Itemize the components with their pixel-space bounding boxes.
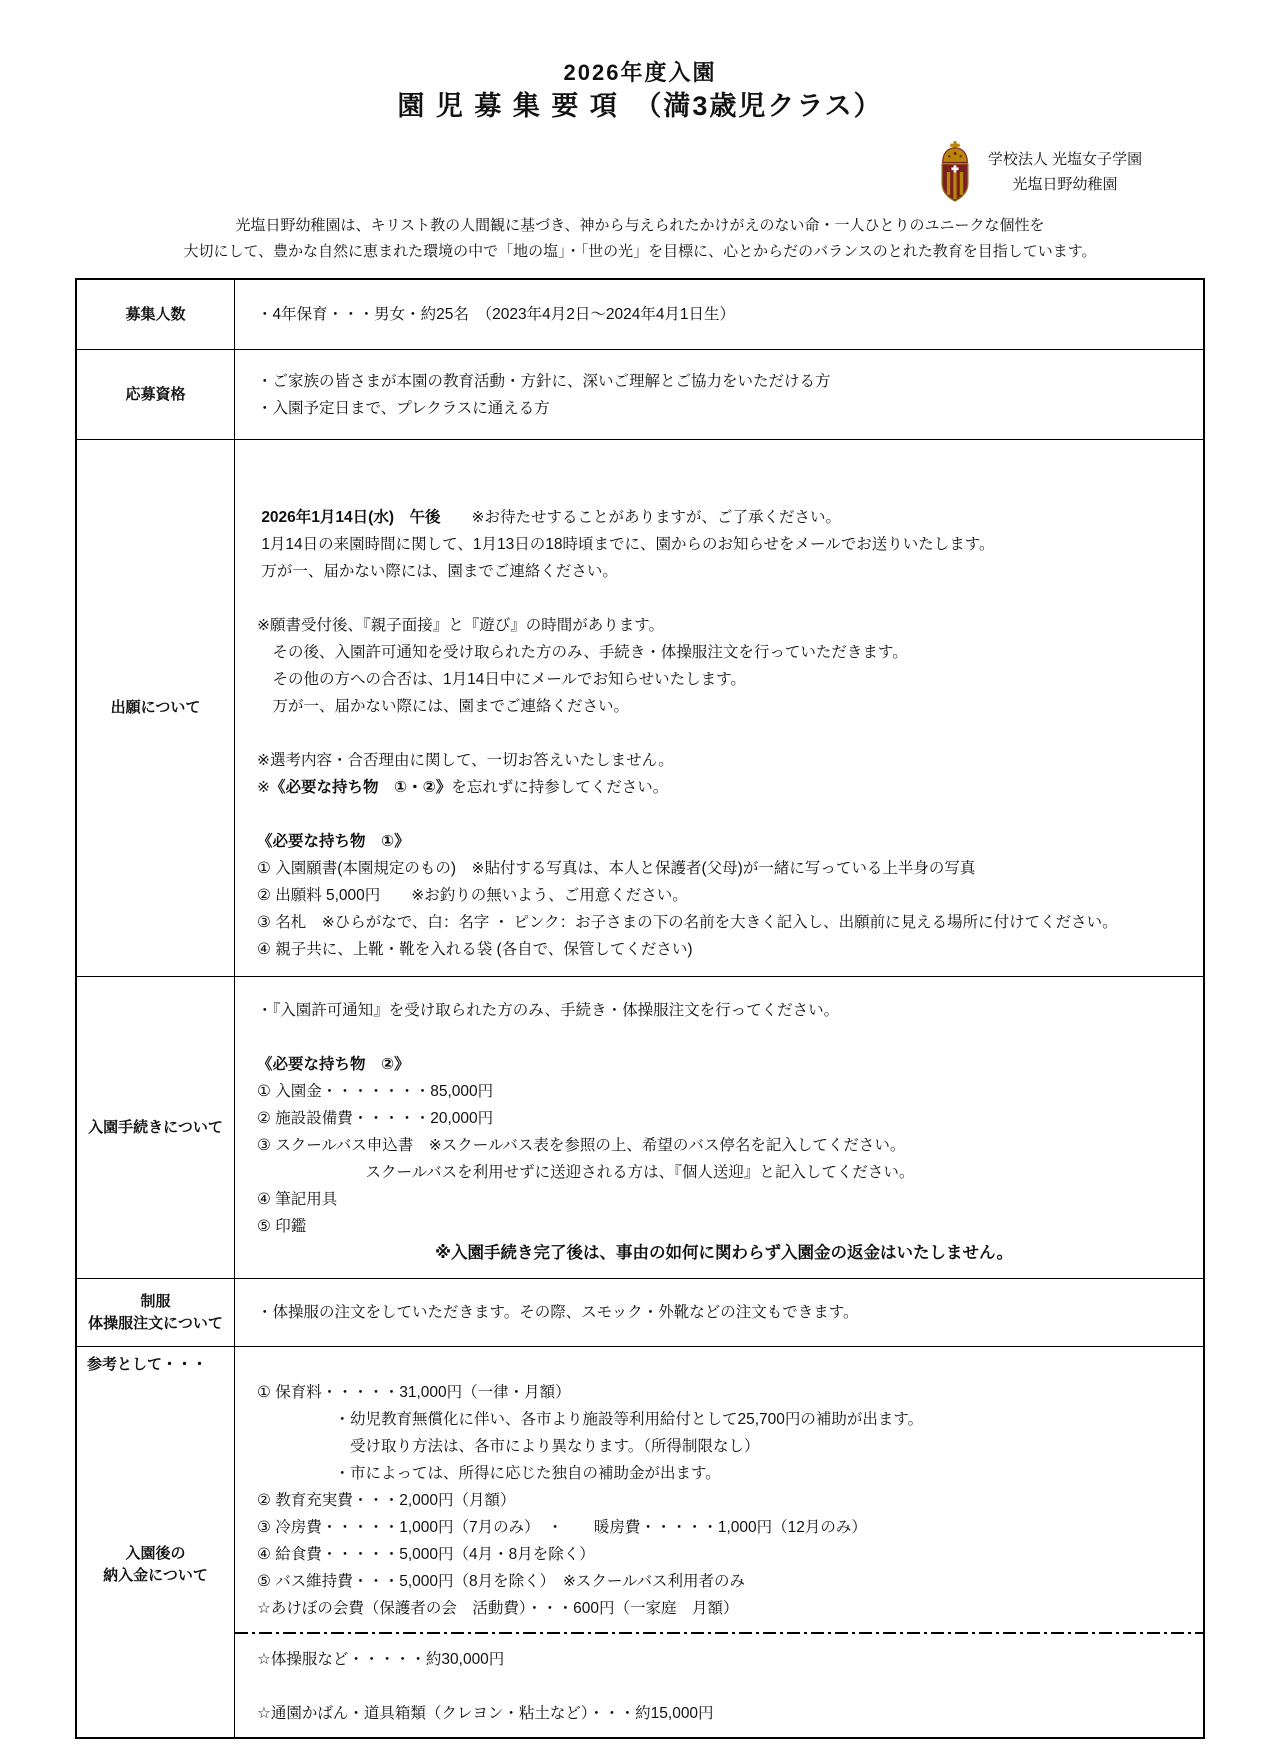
text-line: 万が一、届かない際には、園までご連絡ください。 bbox=[257, 558, 1191, 585]
text-line: ② 施設設備費・・・・・20,000円 bbox=[257, 1105, 1191, 1132]
kindergarten-name: 光塩日野幼稚園 bbox=[975, 172, 1155, 197]
text-line: ② 出願料 5,000円 ※お釣りの無いよう、ご用意ください。 bbox=[257, 882, 1191, 909]
row-label: 出願について bbox=[77, 440, 235, 976]
text-line: ⑤ バス維持費・・・5,000円（8月を除く） ※スクールバス利用者のみ bbox=[257, 1568, 1191, 1595]
text-line: その他の方への合否は、1月14日中にメールでお知らせいたします。 bbox=[257, 666, 1191, 693]
text-line: 万が一、届かない際には、園までご連絡ください。 bbox=[257, 693, 1191, 720]
text-line: ④ 筆記用具 bbox=[257, 1186, 1191, 1213]
text-line: ・4年保育・・・男女・約25名 （2023年4月2日～2024年4月1日生） bbox=[257, 301, 1191, 328]
text-line: ③ スクールバス申込書 ※スクールバス表を参照の上、希望のバス停名を記入してくだ… bbox=[257, 1132, 1191, 1159]
intro-line-2: 大切にして、豊かな自然に恵まれた環境の中で「地の塩」・「世の光」を目標に、心とか… bbox=[0, 239, 1280, 265]
text-line: 《必要な持ち物 ②》 bbox=[257, 1051, 1191, 1078]
text-line: ① 保育料・・・・・31,000円（一律・月額） bbox=[257, 1379, 1191, 1406]
text-line: ※選考内容・合否理由に関して、一切お答えいたしません。 bbox=[257, 747, 1191, 774]
text-line: ③ 冷房費・・・・・1,000円（7月のみ） ・ 暖房費・・・・・1,000円（… bbox=[257, 1514, 1191, 1541]
table-row-fees-after-enrollment: 参考として・・・ 入園後の 納入金について ① 保育料・・・・・31,000円（… bbox=[77, 1347, 1203, 1737]
text-line: スクールバスを利用せずに送迎される方は、『個人送迎』と記入してください。 bbox=[257, 1159, 1191, 1186]
row-label: 参考として・・・ 入園後の 納入金について bbox=[77, 1347, 235, 1737]
text-line: ※《必要な持ち物 ①・②》を忘れずに持参してください。 bbox=[257, 774, 1191, 801]
row-label-fees: 入園後の 納入金について bbox=[77, 1543, 234, 1587]
text-line bbox=[257, 1673, 1191, 1700]
intro-line-1: 光塩日野幼稚園は、キリスト教の人間観に基づき、神から与えられたかけがえのない命・… bbox=[0, 213, 1280, 239]
text-line: ☆通園かばん・道具箱類（クレヨン・粘土など）・・・約15,000円 bbox=[257, 1700, 1191, 1727]
row-content: ・ご家族の皆さまが本園の教育活動・方針に、深いご理解とご協力をいただける方・入園… bbox=[235, 350, 1203, 439]
school-organization: 学校法人 光塩女子学園 光塩日野幼稚園 bbox=[975, 147, 1155, 197]
row-label: 入園手続きについて bbox=[77, 977, 235, 1278]
text-line bbox=[257, 585, 1191, 612]
text-line: ⑤ 印鑑 bbox=[257, 1213, 1191, 1240]
intro-paragraph: 光塩日野幼稚園は、キリスト教の人間観に基づき、神から与えられたかけがえのない命・… bbox=[0, 213, 1280, 265]
text-line: ・市によっては、所得に応じた独自の補助金が出ます。 bbox=[257, 1460, 1191, 1487]
row-content: ① 保育料・・・・・31,000円（一律・月額） ・幼児教育無償化に伴い、各市よ… bbox=[235, 1347, 1203, 1737]
requirements-table: 募集人数 ・4年保育・・・男女・約25名 （2023年4月2日～2024年4月1… bbox=[75, 278, 1205, 1739]
text-line: ・体操服の注文をしていただきます。その際、スモック・外靴などの注文もできます。 bbox=[257, 1299, 1191, 1326]
text-line: ① 入園金・・・・・・・85,000円 bbox=[257, 1078, 1191, 1105]
text-line: ① 入園願書(本園規定のもの) ※貼付する写真は、本人と保護者(父母)が一緒に写… bbox=[257, 855, 1191, 882]
text-line: ・『入園許可通知』を受け取られた方のみ、手続き・体操服注文を行ってください。 bbox=[257, 997, 1191, 1024]
text-line: 1月14日の来園時間に関して、1月13日の18時頃までに、園からのお知らせをメー… bbox=[257, 531, 1191, 558]
document-title-year: 2026年度入園 bbox=[0, 56, 1280, 87]
text-line: 《必要な持ち物 ①》 bbox=[257, 828, 1191, 855]
text-line: ☆あけぼの会費（保護者の会 活動費）・・・600円（一家庭 月額） bbox=[257, 1595, 1191, 1622]
text-line: ☆体操服など・・・・・約30,000円 bbox=[257, 1646, 1191, 1673]
text-line: ② 教育充実費・・・2,000円（月額） bbox=[257, 1487, 1191, 1514]
row-label: 募集人数 bbox=[77, 280, 235, 349]
text-line: ・入園予定日まで、プレクラスに通える方 bbox=[257, 395, 1191, 422]
row-content: ・体操服の注文をしていただきます。その際、スモック・外靴などの注文もできます。 bbox=[235, 1279, 1203, 1346]
text-line: 2026年1月14日(水) 午後 ※お待たせすることがありますが、ご了承ください… bbox=[257, 504, 1191, 531]
table-row-application: 出願について 2026年1月14日(水) 午後 ※お待たせすることがありますが、… bbox=[77, 440, 1203, 977]
text-line bbox=[257, 720, 1191, 747]
table-row-uniform-order: 制服 体操服注文について ・体操服の注文をしていただきます。その際、スモック・外… bbox=[77, 1279, 1203, 1347]
text-line: その後、入園許可通知を受け取られた方のみ、手続き・体操服注文を行っていただきます… bbox=[257, 639, 1191, 666]
school-corporation-name: 学校法人 光塩女子学園 bbox=[975, 147, 1155, 172]
text-line: ④ 給食費・・・・・5,000円（4月・8月を除く） bbox=[257, 1541, 1191, 1568]
row-label-reference: 参考として・・・ bbox=[87, 1354, 207, 1376]
fees-monthly-block: ① 保育料・・・・・31,000円（一律・月額） ・幼児教育無償化に伴い、各市よ… bbox=[257, 1379, 1191, 1622]
text-line bbox=[257, 801, 1191, 828]
text-line: ※入園手続き完了後は、事由の如何に関わらず入園金の返金はいたしません。 bbox=[257, 1240, 1191, 1267]
text-line: ④ 親子共に、上靴・靴を入れる袋 (各自で、保管してください) bbox=[257, 936, 1191, 963]
document-page: 2026年度入園 園 児 募 集 要 項 （満3歳児クラス） 学校法人 光塩女子… bbox=[0, 0, 1280, 1760]
table-row-enrollment-procedure: 入園手続きについて ・『入園許可通知』を受け取られた方のみ、手続き・体操服注文を… bbox=[77, 977, 1203, 1279]
school-crest-icon bbox=[936, 140, 974, 204]
row-content: ・4年保育・・・男女・約25名 （2023年4月2日～2024年4月1日生） bbox=[235, 280, 1203, 349]
fees-onetime-block: ☆体操服など・・・・・約30,000円 ☆通園かばん・道具箱類（クレヨン・粘土な… bbox=[257, 1646, 1191, 1727]
row-content: ・『入園許可通知』を受け取られた方のみ、手続き・体操服注文を行ってください。 《… bbox=[235, 977, 1203, 1278]
row-label: 制服 体操服注文について bbox=[77, 1279, 235, 1346]
table-row-eligibility: 応募資格 ・ご家族の皆さまが本園の教育活動・方針に、深いご理解とご協力をいただけ… bbox=[77, 350, 1203, 440]
row-label: 応募資格 bbox=[77, 350, 235, 439]
text-line bbox=[257, 1024, 1191, 1051]
table-row-recruit-number: 募集人数 ・4年保育・・・男女・約25名 （2023年4月2日～2024年4月1… bbox=[77, 280, 1203, 350]
text-line: 受け取り方法は、各市により異なります。（所得制限なし） bbox=[257, 1433, 1191, 1460]
dashed-divider bbox=[235, 1632, 1203, 1634]
text-line: ・幼児教育無償化に伴い、各市より施設等利用給付として25,700円の補助が出ます… bbox=[257, 1406, 1191, 1433]
text-line: ・ご家族の皆さまが本園の教育活動・方針に、深いご理解とご協力をいただける方 bbox=[257, 368, 1191, 395]
text-line: ※願書受付後、『親子面接』と『遊び』の時間があります。 bbox=[257, 612, 1191, 639]
text-line: ③ 名札 ※ひらがなで、白：名字 ・ ピンク：お子さまの下の名前を大きく記入し、… bbox=[257, 909, 1191, 936]
row-content: 2026年1月14日(水) 午後 ※お待たせすることがありますが、ご了承ください… bbox=[235, 440, 1203, 976]
document-title-main: 園 児 募 集 要 項 （満3歳児クラス） bbox=[0, 84, 1280, 123]
